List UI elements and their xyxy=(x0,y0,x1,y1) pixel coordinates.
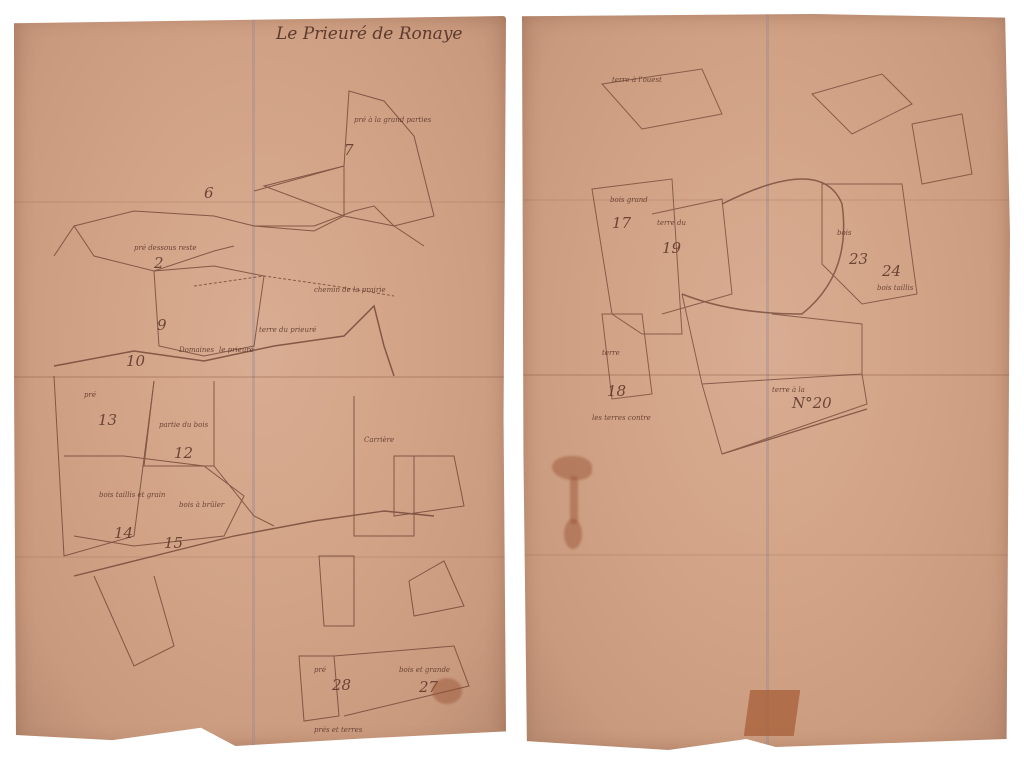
parcel-outlines xyxy=(14,16,506,746)
road-label: chemin de la prairie xyxy=(314,286,386,294)
parcel-label: terre à la xyxy=(772,386,805,394)
area-label: terre du prieuré xyxy=(259,326,316,334)
parcel-number: 13 xyxy=(98,411,117,429)
parcel-label: pré dessous reste xyxy=(134,244,197,252)
parcel-number: 18 xyxy=(607,382,626,400)
parcel-label: pré xyxy=(314,666,326,674)
parcel-number: 7 xyxy=(344,141,354,159)
parcel-number: 9 xyxy=(157,316,167,334)
place-label: Domaines xyxy=(179,346,214,354)
tape-residue xyxy=(744,690,800,736)
parcel-number: 6 xyxy=(204,184,214,202)
parcel-outlines xyxy=(522,14,1010,750)
parcel-label: bois taillis et grain xyxy=(99,491,165,499)
parcel-number: 24 xyxy=(882,262,901,280)
parcel-label: bois xyxy=(837,229,852,237)
parcel-label: bois à brûler xyxy=(179,501,224,509)
parcel-label: bois taillis xyxy=(877,284,913,292)
parcel-label: terre du xyxy=(657,219,686,227)
parcel-number: 28 xyxy=(332,676,351,694)
parcel-number: 12 xyxy=(174,444,193,462)
parcel-label: bois et grande xyxy=(399,666,450,674)
right-map-sheet: 17 18 19 23 24 N°20 bois grand terre du … xyxy=(522,14,1010,750)
parcel-number: 19 xyxy=(662,239,681,257)
parcel-label: terre xyxy=(602,349,620,357)
parcel-number: 17 xyxy=(612,214,631,232)
area-label: terre à l'ouest xyxy=(612,76,662,84)
parcel-number: N°20 xyxy=(792,394,832,412)
map-title: Le Prieuré de Ronaye xyxy=(276,24,463,44)
parcel-label: partie du bois xyxy=(159,421,208,429)
area-label: les terres contre xyxy=(592,414,651,422)
parcel-label: pré à la grand parties xyxy=(354,116,431,124)
parcel-number: 14 xyxy=(114,524,133,542)
place-label: le prieuré xyxy=(219,346,254,354)
parcel-label: bois grand xyxy=(610,196,648,204)
parcel-number: 2 xyxy=(154,254,164,272)
ink-blot xyxy=(564,519,582,549)
left-map-sheet: Le Prieuré de Ronaye 2 6 7 9 10 12 13 14… xyxy=(14,16,506,746)
area-label: prés et terres xyxy=(314,726,362,734)
ink-blot xyxy=(570,476,578,524)
parcel-number: 15 xyxy=(164,534,183,552)
parcel-number: 10 xyxy=(126,352,145,370)
ink-stain xyxy=(432,678,462,704)
area-label: Carrière xyxy=(364,436,394,444)
parcel-number: 23 xyxy=(849,250,868,268)
parcel-label: pré xyxy=(84,391,96,399)
